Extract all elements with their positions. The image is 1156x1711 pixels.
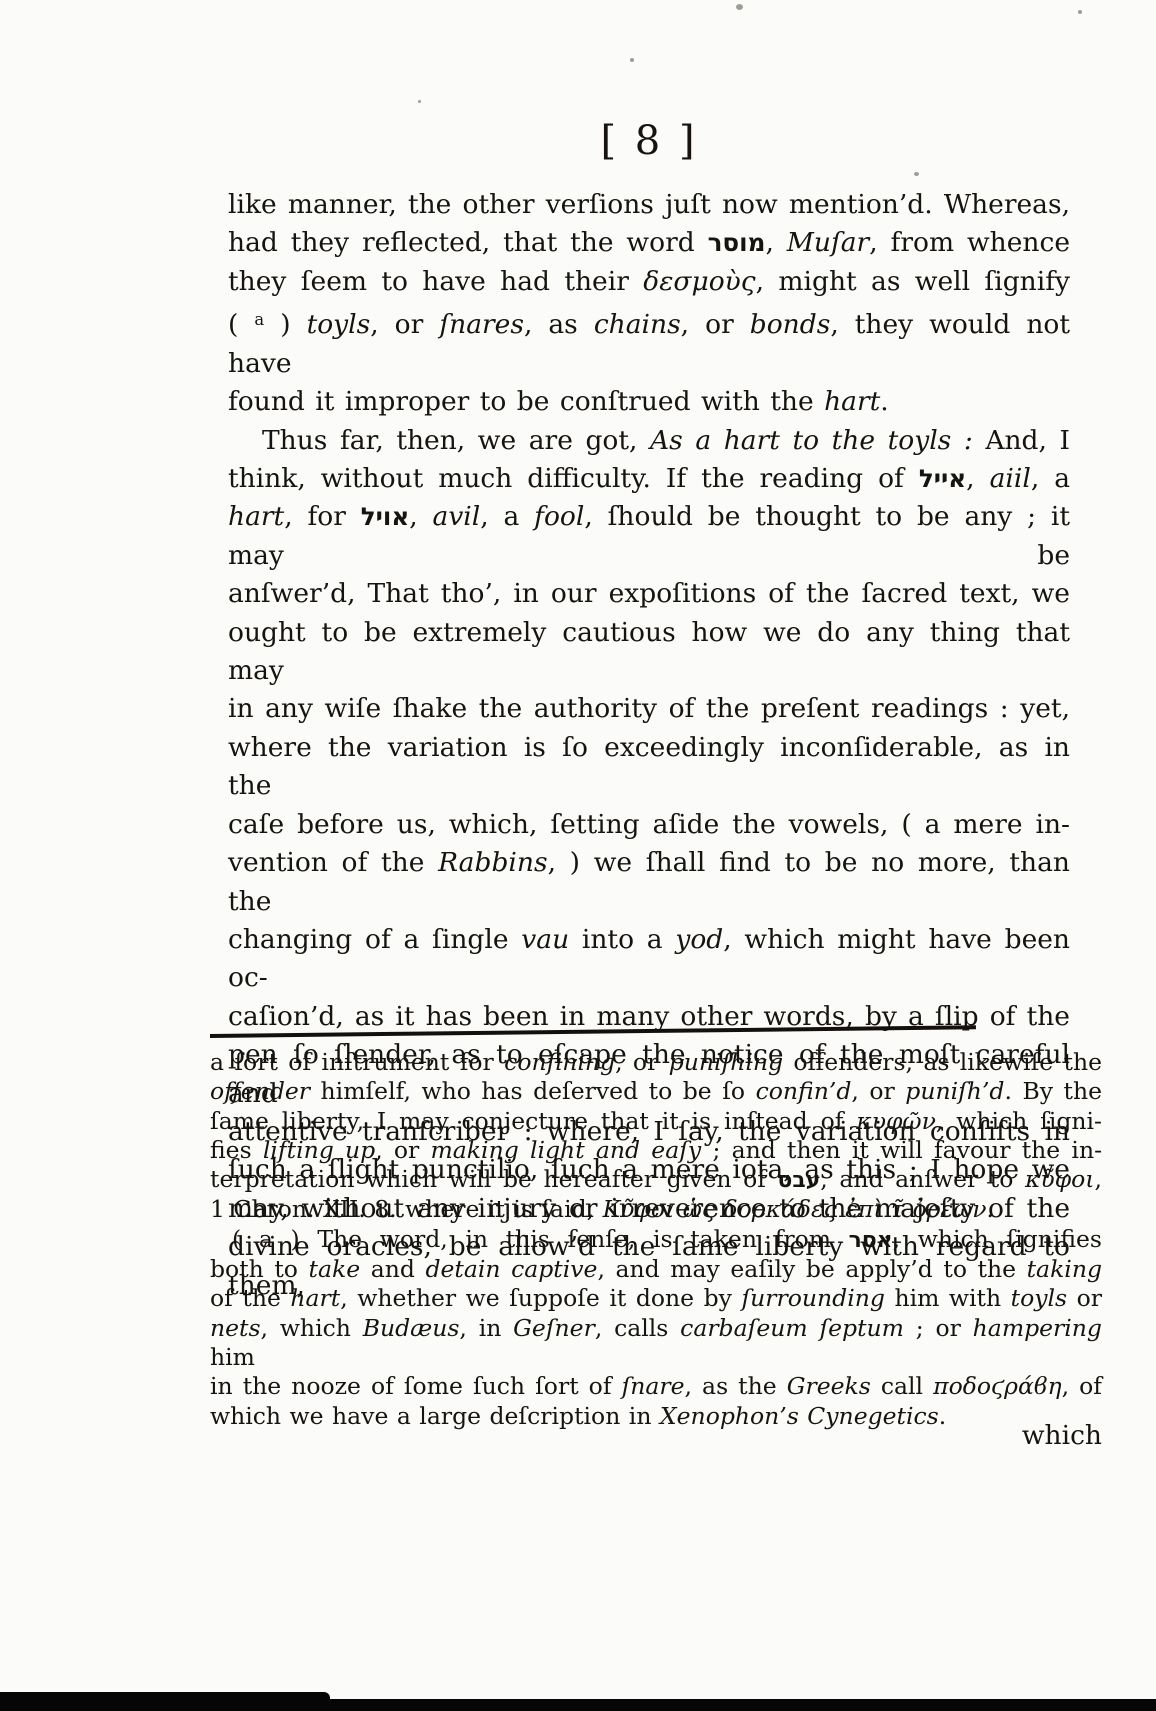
text-line: anſwer’d, That tho’, in our expoſitions …: [228, 575, 1070, 613]
text-run: offenders, as likewiſe the: [783, 1048, 1102, 1076]
text-run: Rabbins: [438, 847, 547, 878]
text-run: confining: [504, 1048, 615, 1076]
text-run: δεσμοὺς: [643, 266, 755, 297]
text-line: nets, which Budæus, in Geſner, calls car…: [210, 1314, 1102, 1373]
text-run: puniſhing: [669, 1048, 783, 1076]
text-run: As a hart to the toyls :: [650, 425, 973, 456]
text-run: , which ſignifies: [893, 1225, 1102, 1253]
text-run: אויל: [361, 502, 410, 531]
text-run: detain captive: [425, 1255, 597, 1283]
text-run: , might as well ſignify: [756, 266, 1070, 297]
text-run: אייל: [919, 464, 966, 493]
text-run: , as: [524, 309, 594, 340]
text-run: him with: [885, 1284, 1011, 1312]
text-run: , and may eaſily be apply’d to the: [597, 1255, 1026, 1283]
text-line: a ſort of inſtrument for confining, or p…: [210, 1048, 1102, 1077]
text-line: caſe before us, which, ſetting aſide the…: [228, 806, 1070, 844]
text-run: , a: [480, 501, 534, 532]
text-run: terpretation which will be hereafter giv…: [210, 1165, 778, 1193]
text-run: carbaſeum ſeptum: [680, 1314, 904, 1342]
text-line: had they reflected, that the word מוסר, …: [228, 224, 1070, 262]
text-run: of the: [210, 1284, 290, 1312]
text-run: עבס: [778, 1168, 821, 1193]
text-run: ,: [765, 227, 786, 258]
text-line: ought to be extremely cautious how we do…: [228, 614, 1070, 691]
text-run: toyls: [1011, 1284, 1067, 1312]
text-line: ( a ) toyls, or ſnares, as chains, or bo…: [228, 301, 1070, 383]
text-run: , in: [459, 1314, 513, 1342]
footnote-text: a ſort of inſtrument for confining, or p…: [210, 1048, 1102, 1431]
text-line: terpretation which will be hereafter giv…: [210, 1165, 1102, 1195]
text-run: ſnare: [622, 1372, 685, 1400]
text-run: Κῦφοι ὡς δορκάδες ἐπὶ τ̃ ὀρέων.: [603, 1195, 994, 1223]
text-run: vention of the: [228, 847, 438, 878]
text-run: , or: [681, 309, 750, 340]
text-run: , as the: [685, 1372, 787, 1400]
text-line: of the hart, whether we ſuppoſe it done …: [210, 1284, 1102, 1313]
text-line: fies lifting up, or making light and eaſ…: [210, 1136, 1102, 1165]
text-run: , calls: [595, 1314, 680, 1342]
ink-speck: [418, 100, 421, 103]
text-run: ποδοϛράϐη: [933, 1372, 1062, 1400]
text-run: in any wiſe ſhake the authority of the p…: [228, 693, 1070, 724]
text-line: vention of the Rabbins, ) we ſhall find …: [228, 844, 1070, 921]
text-run: κῦφοι: [1025, 1165, 1095, 1193]
text-line: where the variation is ſo exceedingly in…: [228, 729, 1070, 806]
text-run: found it improper to be conſtrued with t…: [228, 386, 824, 417]
text-run: , of: [1062, 1372, 1102, 1400]
text-run: hampering: [973, 1314, 1102, 1342]
text-run: ,: [409, 501, 432, 532]
text-run: offender: [210, 1077, 310, 1105]
text-run: in the nooze of ſome ſuch ſort of: [210, 1372, 622, 1400]
text-run: puniſh’d: [905, 1077, 1004, 1105]
text-run: ( a ) The word, in this ſenſe, is taken …: [232, 1225, 849, 1253]
text-line: like manner, the other verſions juſt now…: [228, 186, 1070, 224]
text-run: lifting up: [263, 1136, 375, 1164]
text-run: take: [309, 1255, 361, 1283]
text-line: both to take and detain captive, and may…: [210, 1255, 1102, 1284]
text-run: Thus far, then, we are got,: [262, 425, 650, 456]
text-run: ſame liberty, I may conjecture that it i…: [210, 1107, 856, 1135]
text-run: , or: [851, 1077, 905, 1105]
text-run: bonds: [750, 309, 831, 340]
text-run: , from whence: [869, 227, 1070, 258]
text-run: hart: [824, 386, 880, 417]
text-run: , or: [375, 1136, 430, 1164]
text-run: think, without much difficulty. If the r…: [228, 463, 919, 494]
text-run: And, I: [973, 425, 1070, 456]
text-run: , for: [284, 501, 361, 532]
text-run: call: [871, 1372, 933, 1400]
text-line: hart, for אויל, avil, a fool, ſhould be …: [228, 498, 1070, 575]
text-run: , or: [370, 309, 439, 340]
text-run: ; or: [904, 1314, 973, 1342]
page-number: [ 8 ]: [228, 118, 1070, 164]
text-run: they ſeem to have had their: [228, 266, 643, 297]
text-run: מוסר: [708, 228, 766, 257]
ink-speck: [914, 172, 919, 176]
text-line: think, without much difficulty. If the r…: [228, 460, 1070, 498]
ink-speck: [630, 58, 634, 62]
text-run: 1 Chron. XII. 8. where it is ſaid,: [210, 1195, 603, 1223]
text-run: , and anſwer to: [820, 1165, 1025, 1193]
text-run: taking: [1027, 1255, 1102, 1283]
text-run: ): [264, 309, 306, 340]
text-run: אסר: [849, 1228, 893, 1253]
text-line: Thus far, then, we are got, As a hart to…: [228, 422, 1070, 460]
text-run: and: [360, 1255, 425, 1283]
text-run: vau: [521, 924, 569, 955]
text-run: ſnares: [439, 309, 524, 340]
text-run: had they reflected, that the word: [228, 227, 708, 258]
text-run: ,: [966, 463, 989, 494]
scan-bottom-edge-left: [0, 1692, 330, 1711]
text-run: ,: [1095, 1165, 1102, 1193]
ink-speck: [736, 4, 743, 10]
text-run: into a: [569, 924, 675, 955]
text-run: nets: [210, 1314, 261, 1342]
text-run: a: [254, 310, 264, 329]
text-run: hart: [228, 501, 284, 532]
text-run: κυφῶν: [856, 1107, 936, 1135]
text-line: found it improper to be conſtrued with t…: [228, 383, 1070, 421]
text-run: ; and then it will favour the in-: [701, 1136, 1102, 1164]
text-run: aiil: [990, 463, 1031, 494]
text-run: changing of a ſingle: [228, 924, 521, 955]
text-line: ( a ) The word, in this ſenſe, is taken …: [210, 1225, 1102, 1255]
text-run: anſwer’d, That tho’, in our expoſitions …: [228, 578, 1070, 609]
text-run: , whether we ſuppoſe it done by: [340, 1284, 741, 1312]
text-run: avil: [433, 501, 481, 532]
text-run: making light and eaſy: [431, 1136, 702, 1164]
text-run: (: [228, 309, 254, 340]
text-run: a ſort of inſtrument for: [210, 1048, 504, 1076]
text-run: him: [210, 1343, 255, 1371]
ink-speck: [1078, 10, 1082, 14]
text-run: Geſner: [513, 1314, 595, 1342]
text-run: caſe before us, which, ſetting aſide the…: [228, 809, 1070, 840]
text-run: Muſar: [787, 227, 869, 258]
text-run: like manner, the other verſions juſt now…: [228, 189, 1070, 220]
text-run: , or: [615, 1048, 669, 1076]
text-line: changing of a ſingle vau into a yod, whi…: [228, 921, 1070, 998]
text-run: himſelf, who has deſerved to be ſo: [310, 1077, 756, 1105]
text-run: , which: [261, 1314, 363, 1342]
text-run: , a: [1031, 463, 1070, 494]
text-run: confin’d: [756, 1077, 852, 1105]
text-line: ſame liberty, I may conjecture that it i…: [210, 1107, 1102, 1136]
text-run: ought to be extremely cautious how we do…: [228, 617, 1070, 686]
text-run: or: [1067, 1284, 1102, 1312]
text-run: Greeks: [787, 1372, 871, 1400]
text-run: yod: [675, 924, 723, 955]
text-line: in the nooze of ſome ſuch ſort of ſnare,…: [210, 1372, 1102, 1401]
text-line: they ſeem to have had their δεσμοὺς, mig…: [228, 263, 1070, 301]
text-run: Budæus: [363, 1314, 460, 1342]
text-run: chains: [594, 309, 681, 340]
text-run: .: [880, 386, 888, 417]
catchword: which: [210, 1420, 1102, 1451]
text-line: offender himſelf, who has deſerved to be…: [210, 1077, 1102, 1106]
text-run: both to: [210, 1255, 309, 1283]
book-page: { "page": { "header": "[ 8 ]", "catchwor…: [0, 0, 1156, 1711]
text-run: where the variation is ſo exceedingly in…: [228, 732, 1070, 801]
text-run: ſurrounding: [741, 1284, 884, 1312]
text-run: toyls: [307, 309, 371, 340]
text-line: 1 Chron. XII. 8. where it is ſaid, Κῦφοι…: [210, 1195, 1102, 1224]
text-run: . By the: [1004, 1077, 1102, 1105]
text-run: hart: [290, 1284, 340, 1312]
text-line: in any wiſe ſhake the authority of the p…: [228, 690, 1070, 728]
text-run: fool: [534, 501, 584, 532]
text-run: fies: [210, 1136, 263, 1164]
text-run: , which ſigni-: [936, 1107, 1102, 1135]
